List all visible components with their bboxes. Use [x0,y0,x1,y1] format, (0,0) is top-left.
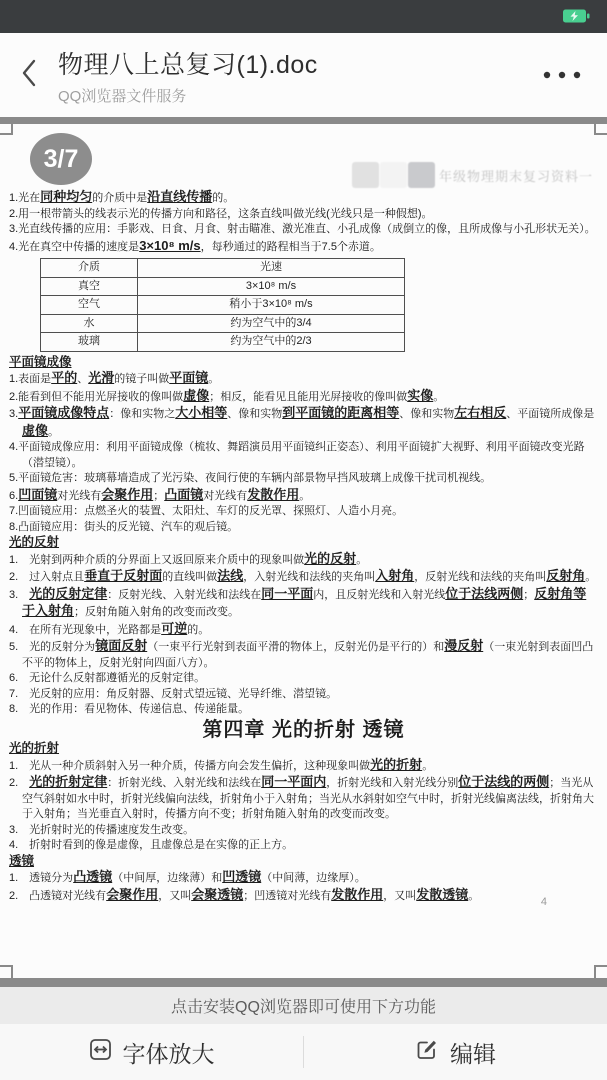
file-viewer-header: 物理八上总复习(1).doc QQ浏览器文件服务 [0,33,607,117]
doc-paragraph: 6. 无论什么反射都遵循光的反射定律。 [9,671,598,687]
page-corner-mark [594,965,607,978]
doc-paragraph: 4.光在真空中传播的速度是3×10⁸ m/s，每秒通过的路程相当于7.5个赤道。 [9,238,598,256]
page-number: 4 [541,896,547,908]
install-browser-banner[interactable]: 点击安装QQ浏览器即可使用下方功能 [0,987,607,1024]
table-cell: 真空 [41,277,138,296]
document-subtitle: QQ浏览器文件服务 [58,85,318,106]
doc-paragraph: 1. 透镜分为凸透镜（中间厚，边缘薄）和凹透镜（中间薄，边缘厚）。 [9,869,598,887]
section-heading: 透镜 [9,854,598,870]
table-header-cell: 介质 [41,259,138,278]
app-window: 物理八上总复习(1).doc QQ浏览器文件服务 3/7 年级物理期末复习资料一… [0,0,607,1080]
chapter-heading: 第四章 光的折射 透镜 [9,723,598,739]
doc-paragraph: 3. 光的反射定律：反射光线、入射光线和法线在同一平面内，且反射光线和入射光线位… [9,586,598,621]
pencil-square-icon [415,1038,439,1067]
redacted-block [380,162,407,188]
document-blocks: 1.光在同种均匀的介质中是沿直线传播的。2.用一根带箭头的线表示光的传播方向和路… [0,189,607,904]
doc-paragraph: 4. 在所有光现象中，光路都是可逆的。 [9,621,598,639]
doc-paragraph: 6.凹面镜对光线有会聚作用；凸面镜对光线有发散作用。 [9,487,598,505]
page-edge-bar-top [0,117,607,124]
doc-paragraph: 8.凸面镜应用：街头的反光镜、汽车的观后镜。 [9,520,598,536]
doc-paragraph: 4. 折射时看到的像是虚像，且虚像总是在实像的正上方。 [9,838,598,854]
doc-paragraph: 7. 光反射的应用：角反射器、反射式望远镜、光导纤维、潜望镜。 [9,687,598,703]
section-heading: 光的折射 [9,741,598,757]
doc-paragraph: 4.平面镜成像应用：利用平面镜成像（梳妆、舞蹈演员用平面镜纠正姿态）、利用平面镜… [9,440,598,471]
doc-paragraph: 5. 光的反射分为镜面反射（一束平行光射到表面平滑的物体上，反射光仍是平行的）和… [9,638,598,671]
page-corner-mark [0,965,13,978]
doc-paragraph: 1.表面是平的、光滑的镜子叫做平面镜。 [9,370,598,388]
doc-paragraph: 5.平面镜危害：玻璃幕墙造成了光污染、夜间行使的车辆内部景物早挡风玻璃上成像干扰… [9,471,598,487]
page-edge-bar-bottom [0,978,607,987]
document-title: 物理八上总复习(1).doc [58,45,318,81]
redacted-block [408,162,435,188]
edit-button[interactable]: 编辑 [304,1024,607,1080]
table-row: 空气稍小于3×10⁸ m/s [41,296,405,315]
section-heading: 平面镜成像 [9,355,598,371]
doc-paragraph: 1. 光射到两种介质的分界面上又返回原来介质中的现象叫做光的反射。 [9,551,598,569]
watermark: 年级物理期末复习资料一 [352,162,593,188]
table-row: 玻璃约为空气中的2/3 [41,333,405,352]
back-button[interactable] [0,33,58,117]
light-speed-table: 介质光速真空3×10⁸ m/s空气稍小于3×10⁸ m/s水约为空气中的3/4玻… [40,258,405,352]
more-menu-button[interactable] [517,46,607,104]
header-text: 物理八上总复习(1).doc QQ浏览器文件服务 [58,45,318,106]
table-cell: 约为空气中的3/4 [138,314,405,333]
battery-charging-icon [562,8,590,29]
doc-paragraph: 8. 光的作用：看见物体、传递信息、传递能量。 [9,702,598,718]
table-cell: 3×10⁸ m/s [138,277,405,296]
doc-paragraph: 3. 光折射时光的传播速度发生改变。 [9,823,598,839]
page-corner-mark [594,124,607,135]
doc-paragraph: 1. 光从一种介质斜射入另一种介质，传播方向会发生偏折，这种现象叫做光的折射。 [9,757,598,775]
table-cell: 空气 [41,296,138,315]
table-header-cell: 光速 [138,259,405,278]
font-enlarge-label: 字体放大 [123,1036,215,1069]
table-row: 真空3×10⁸ m/s [41,277,405,296]
table-cell: 稍小于3×10⁸ m/s [138,296,405,315]
doc-paragraph: 2. 过入射点且垂直于反射面的直线叫做法线，入射光线和法线的夹角叫入射角，反射光… [9,568,598,586]
doc-paragraph: 2.用一根带箭头的线表示光的传播方向和路径，这条直线叫做光线(光线只是一种假想)… [9,207,598,223]
table-cell: 玻璃 [41,333,138,352]
doc-paragraph: 3.平面镜成像特点：像和实物之大小相等、像和实物到平面镜的距离相等、像和实物左右… [9,405,598,440]
table-row: 水约为空气中的3/4 [41,314,405,333]
doc-paragraph: 3.光直线传播的应用：手影戏、日食、月食、射击瞄准、激光准直、小孔成像（成倒立的… [9,222,598,238]
bottom-toolbar: 字体放大 编辑 [0,1024,607,1080]
redacted-block [352,162,379,188]
watermark-text: 年级物理期末复习资料一 [439,166,593,185]
table-cell: 水 [41,314,138,333]
document-page[interactable]: 3/7 年级物理期末复习资料一 1.光在同种均匀的介质中是沿直线传播的。2.用一… [0,124,607,978]
font-width-adjust-icon [89,1038,112,1066]
doc-paragraph: 2. 光的折射定律：折射光线、入射光线和法线在同一平面内，折射光线和入射光线分别… [9,774,598,823]
section-heading: 光的反射 [9,535,598,551]
page-progress-badge: 3/7 [30,133,92,185]
doc-paragraph: 2.能看到但不能用光屏接收的像叫做虚像；相反，能看见且能用光屏接收的像叫做实像。 [9,388,598,406]
ellipsis-icon [543,66,581,83]
status-bar [0,0,607,33]
table-cell: 约为空气中的2/3 [138,333,405,352]
edit-label: 编辑 [450,1036,496,1069]
doc-paragraph: 2. 凸透镜对光线有会聚作用，又叫会聚透镜；凹透镜对光线有发散作用，又叫发散透镜… [9,887,598,905]
font-enlarge-button[interactable]: 字体放大 [0,1024,303,1080]
doc-paragraph: 7.凹面镜应用：点燃圣火的装置、太阳灶、车灯的反光罩、探照灯、人造小月亮。 [9,504,598,520]
doc-paragraph: 1.光在同种均匀的介质中是沿直线传播的。 [9,189,598,207]
chevron-left-icon [20,57,38,94]
page-corner-mark [0,124,13,135]
